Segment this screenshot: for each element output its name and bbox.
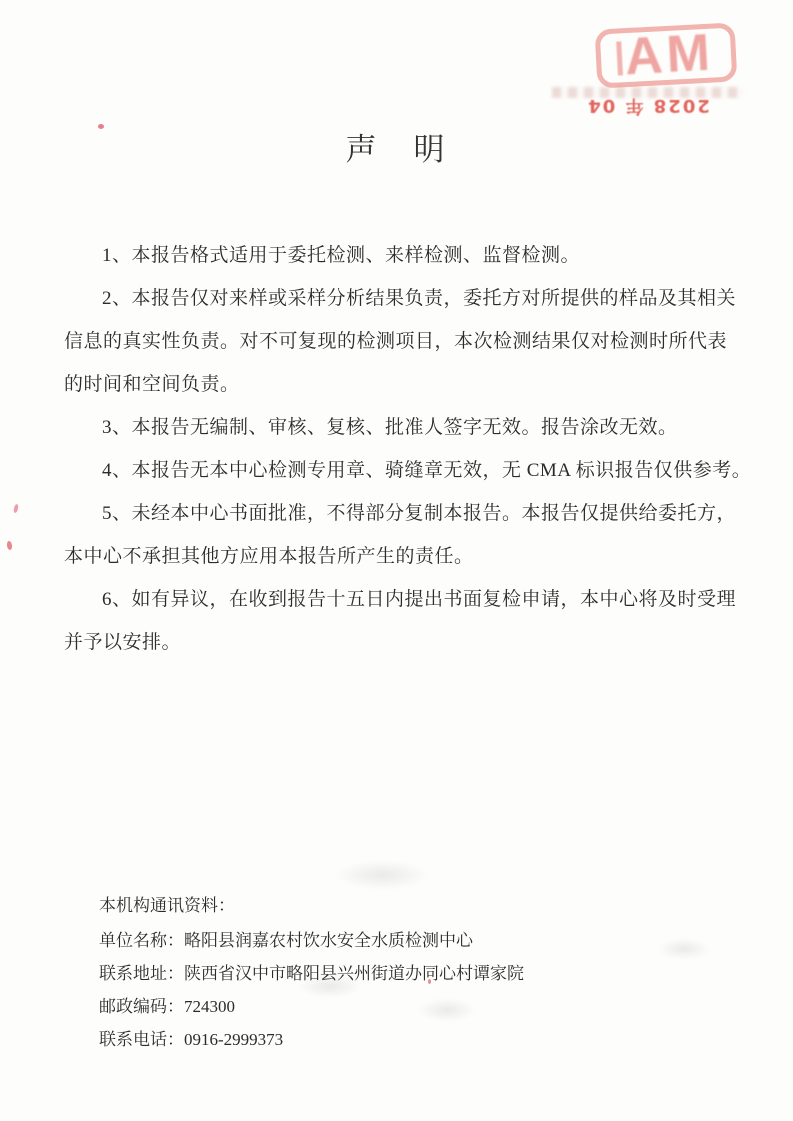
statement-line: 2、本报告仅对来样或采样分析结果负责，委托方对所提供的样品及其相关 <box>64 277 742 320</box>
statement-line: 1、本报告格式适用于委托检测、来样检测、监督检测。 <box>64 234 742 277</box>
statement-page: AM 2028 年 04 声 明 1、本报告格式适用于委托检测、来样检测、监督检… <box>0 0 793 1121</box>
ink-speck <box>98 124 104 129</box>
stamp-date-upside-down: 2028 年 04 <box>548 96 748 120</box>
statement-line: 5、未经本中心书面批准，不得部分复制本报告。本报告仅提供给委托方， <box>64 492 742 535</box>
scan-smudge <box>335 860 430 890</box>
ink-speck <box>428 979 431 984</box>
scan-smudge <box>298 974 362 998</box>
statement-line: 3、本报告无编制、审核、复核、批准人签字无效。报告涂改无效。 <box>64 406 742 449</box>
statement-line: 本中心不承担其他方应用本报告所产生的责任。 <box>64 535 742 578</box>
statement-line: 6、如有异议，在收到报告十五日内提出书面复检申请，本中心将及时受理 <box>64 578 742 621</box>
scan-smudge <box>658 938 710 960</box>
stamp-letters: AM <box>623 23 715 88</box>
contact-value: 0916-2999373 <box>184 1030 283 1049</box>
statement-3: 3、本报告无编制、审核、复核、批准人签字无效。报告涂改无效。 <box>64 406 742 449</box>
statement-line: 并予以安排。 <box>64 621 742 664</box>
statement-line: 信息的真实性负责。对不可复现的检测项目，本次检测结果仅对检测时所代表 <box>64 320 742 363</box>
contact-label: 联系电话： <box>99 1030 184 1049</box>
contact-value: 略阳县润嘉农村饮水安全水质检测中心 <box>184 931 473 950</box>
contact-row-phone: 联系电话：0916-2999373 <box>99 1023 524 1056</box>
statement-6: 6、如有异议，在收到报告十五日内提出书面复检申请，本中心将及时受理 并予以安排。 <box>64 578 742 664</box>
scan-smudge <box>418 998 476 1022</box>
statement-line: 4、本报告无本中心检测专用章、骑缝章无效，无 CMA 标识报告仅供参考。 <box>64 449 742 492</box>
contact-label: 邮政编码： <box>99 997 184 1016</box>
contact-heading: 本机构通讯资料： <box>99 894 524 918</box>
statement-4: 4、本报告无本中心检测专用章、骑缝章无效，无 CMA 标识报告仅供参考。 <box>64 449 742 492</box>
page-title: 声 明 <box>0 124 793 169</box>
statement-line: 的时间和空间负责。 <box>64 363 742 406</box>
statement-5: 5、未经本中心书面批准，不得部分复制本报告。本报告仅提供给委托方， 本中心不承担… <box>64 492 742 578</box>
contact-label: 单位名称： <box>99 931 184 950</box>
statement-1: 1、本报告格式适用于委托检测、来样检测、监督检测。 <box>64 234 742 277</box>
ink-speck <box>6 541 12 551</box>
contact-label: 联系地址： <box>99 964 184 983</box>
contact-row-unit-name: 单位名称：略阳县润嘉农村饮水安全水质检测中心 <box>99 924 524 957</box>
ink-speck <box>13 504 19 514</box>
contact-value: 724300 <box>184 997 235 1016</box>
stamp-edge-mark <box>616 41 623 75</box>
certification-stamp: AM <box>595 22 738 88</box>
statement-2: 2、本报告仅对来样或采样分析结果负责，委托方对所提供的样品及其相关 信息的真实性… <box>64 277 742 406</box>
statement-body: 1、本报告格式适用于委托检测、来样检测、监督检测。 2、本报告仅对来样或采样分析… <box>64 234 742 664</box>
